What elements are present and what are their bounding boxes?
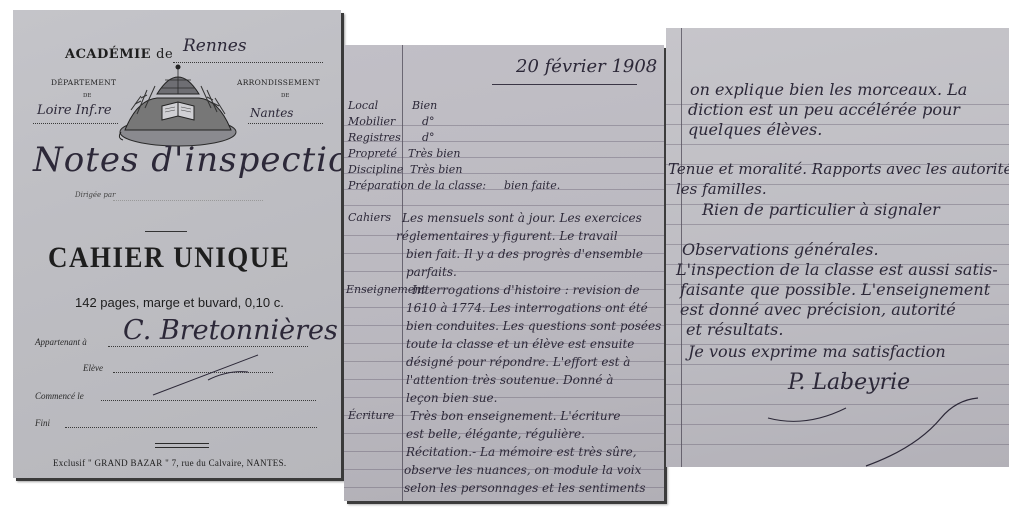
enseignement-line: 1610 à 1774. Les interrogations ont été — [406, 301, 648, 315]
note-line: faisante que possible. L'enseignement — [680, 280, 990, 299]
section-label-ecriture: Écriture — [348, 409, 394, 422]
row-value-local: Bien — [412, 99, 437, 112]
row-label-discipline: Discipline — [348, 163, 403, 176]
printer-footer: Exclusif " GRAND BAZAR " 7, rue du Calva… — [53, 458, 286, 468]
departement-label: DÉPARTEMENT — [51, 78, 116, 87]
ruled-line — [666, 364, 1009, 365]
note-line: Rien de particulier à signaler — [702, 200, 940, 219]
note-line: on explique bien les morceaux. La — [690, 80, 967, 99]
ecriture-line: Très bon enseignement. L'écriture — [410, 409, 620, 423]
dirigee-par-label: Dirigée par — [75, 191, 115, 199]
enseignement-line: leçon bien sue. — [406, 391, 497, 405]
appartenant-rule — [108, 346, 308, 347]
arrondissement-label: ARRONDISSEMENT — [237, 78, 320, 87]
de-right-label: DE — [281, 93, 289, 99]
enseignement-line: désigné pour répondre. L'effort est à — [406, 355, 630, 369]
arrondissement-value: Nantes — [250, 106, 293, 120]
note-line: les familles. — [676, 180, 767, 198]
recitation-line: observe les nuances, on module la voix — [404, 463, 641, 477]
departement-rule — [33, 123, 118, 124]
cahiers-line: Les mensuels sont à jour. Les exercices — [402, 211, 642, 225]
note-line: diction est un peu accélérée pour — [688, 100, 960, 119]
note-line: quelques élèves. — [688, 120, 822, 139]
date-underline — [492, 84, 637, 85]
signature-flourish-icon — [766, 388, 986, 467]
inspection-notes-page-2: on explique bien les morceaux. La dictio… — [666, 28, 1009, 467]
row-label-mobilier: Mobilier — [348, 115, 395, 128]
ornament-divider-top — [145, 231, 187, 234]
pages-price-line: 142 pages, marge et buvard, 0,10 c. — [75, 295, 284, 310]
enseignement-line: bien conduites. Les questions sont posée… — [406, 319, 661, 333]
ruled-line — [666, 144, 1009, 145]
note-line: Je vous exprime ma satisfaction — [688, 342, 946, 361]
row-value-mobilier: d° — [422, 115, 435, 128]
row-value-proprete: Très bien — [408, 147, 460, 160]
note-line: Tenue et moralité. Rapports avec les aut… — [668, 160, 1009, 178]
inspection-notes-page-1: 20 février 1908 Local Bien Mobilier d° R… — [344, 45, 664, 501]
enseignement-line: toute la classe et un élève est ensuite — [406, 337, 634, 351]
row-label-preparation: Préparation de la classe: — [348, 179, 486, 192]
ruled-line — [344, 397, 664, 398]
cahier-unique-title: CAHIER UNIQUE — [48, 240, 290, 274]
ecriture-line: est belle, élégante, régulière. — [406, 427, 585, 441]
note-line: Observations générales. — [682, 240, 879, 259]
ornament-divider — [155, 443, 209, 448]
row-value-preparation: bien faite. — [504, 179, 560, 192]
ruled-line — [666, 224, 1009, 225]
notes-inspections-title: Notes d'inspections — [33, 140, 341, 180]
enseignement-line: Interrogations d'histoire : revision de — [412, 283, 640, 297]
ruled-line — [344, 271, 664, 272]
eleve-label: Elève — [83, 363, 103, 373]
owner-name-handwritten: C. Bretonnières — [123, 315, 338, 346]
note-line: est donné avec précision, autorité — [680, 300, 956, 319]
departement-value: Loire Inf.re — [37, 103, 112, 118]
note-line: L'inspection de la classe est aussi sati… — [676, 260, 998, 279]
cahiers-line: parfaits. — [406, 265, 457, 279]
recitation-line: selon les personnages et les sentiments — [404, 481, 646, 495]
section-label-cahiers: Cahiers — [348, 211, 391, 224]
de-left-label: DE — [83, 93, 91, 99]
row-label-proprete: Propreté — [348, 147, 397, 160]
fini-label: Fini — [35, 418, 50, 428]
recitation-line: Récitation.- La mémoire est très sûre, — [406, 445, 637, 459]
row-value-discipline: Très bien — [410, 163, 462, 176]
row-label-registres: Registres — [348, 131, 401, 144]
dirigee-par-rule — [113, 200, 263, 201]
enseignement-line: l'attention très soutenue. Donné à — [406, 373, 613, 387]
appartenant-label: Appartenant à — [35, 337, 87, 347]
entry-date: 20 février 1908 — [516, 56, 657, 77]
cahiers-line: réglementaires y figurent. Le travail — [396, 229, 618, 243]
cahiers-line: bien fait. Il y a des progrès d'ensemble — [406, 247, 643, 261]
commence-rule — [101, 400, 316, 401]
fini-rule — [65, 427, 317, 428]
row-value-registres: d° — [422, 131, 435, 144]
row-label-local: Local — [348, 99, 378, 112]
arrondissement-rule — [248, 123, 323, 124]
school-emblem-engraving-icon — [117, 60, 239, 148]
academie-city-handwritten: Rennes — [183, 36, 247, 56]
commence-label: Commencé le — [35, 391, 84, 401]
pen-flourish-icon — [148, 350, 268, 400]
note-line: et résultats. — [686, 320, 783, 339]
ruled-line — [344, 205, 664, 206]
notebook-cover-page: ACADÉMIE de Rennes DÉPARTEMENT ARRONDISS… — [13, 10, 341, 478]
